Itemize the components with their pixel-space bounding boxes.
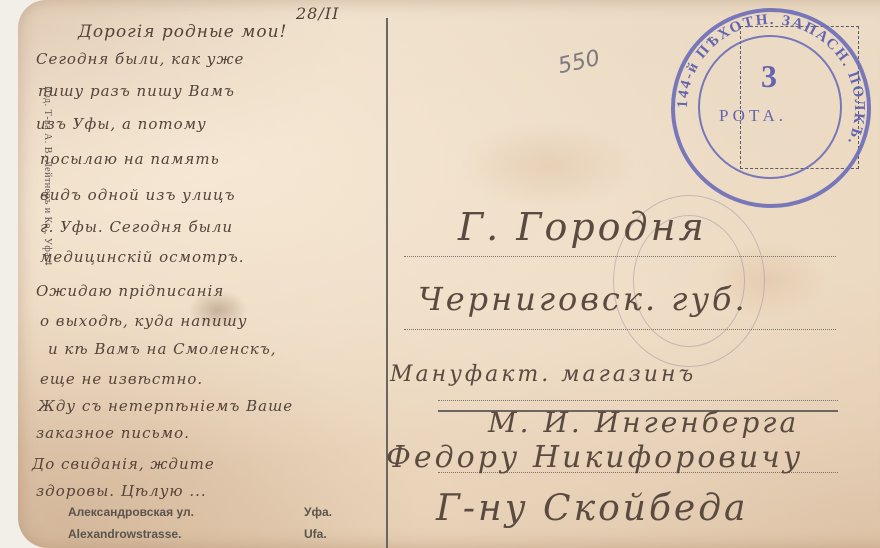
message-line: посылаю на память [40, 150, 220, 168]
message-line: видъ одной изъ улицъ [40, 186, 236, 204]
address-recipient-surname: Г-ну Скойбеда [436, 488, 749, 529]
message-line: изъ Уфы, а потому [36, 115, 207, 133]
message-line: о выходѣ, куда напишу [40, 312, 247, 330]
caption-russian: Александровская ул. [68, 505, 194, 519]
message-line: и кѣ Вамъ на Смоленскъ, [48, 340, 277, 358]
stamp-company-number: 3 [761, 58, 777, 95]
date-note: 28/II [296, 4, 339, 23]
address-line-guide [404, 256, 836, 257]
paper-stain [458, 120, 638, 210]
address-town: Г. Городня [458, 205, 707, 249]
message-line: заказное письмо. [36, 424, 190, 442]
city-german: Ufa. [304, 527, 327, 541]
message-line: До свиданія, ждите [32, 455, 215, 473]
message-line: медицинскій осмотръ. [40, 248, 245, 266]
publisher-imprint: Изд. Т-ва А. В. Лейтнеръ и Ко., Уфа 4 [42, 86, 53, 266]
caption-german: Alexandrowstrasse. [68, 527, 181, 541]
message-line: еще не извѣстно. [40, 370, 203, 388]
message-line: пишу разъ пишу Вамъ [38, 82, 235, 100]
message-line: Дорогія родные мои! [78, 22, 287, 42]
message-line: Ожидаю прідписанія [36, 282, 224, 300]
message-line: Жду съ нетерпѣніемъ Ваше [38, 397, 293, 415]
regiment-stamp: 144-й ПѢХОТН. ЗАПАСН. ПОЛКЪ. 3 РОТА. [671, 8, 871, 208]
message-line: Сегодня были, как уже [36, 50, 244, 68]
message-line: здоровы. Цѣлую ... [36, 482, 207, 500]
address-shop: Мануфакт. магазинъ [390, 362, 696, 387]
city-russian: Уфа. [304, 505, 332, 519]
address-line-guide [404, 329, 836, 330]
address-line-guide [438, 400, 838, 401]
stamp-company-word: РОТА. [719, 106, 787, 126]
message-line: г. Уфы. Сегодня были [40, 218, 233, 236]
address-recipient-name: Федору Никифоровичу [386, 440, 803, 475]
address-firm: М. И. Ингенберга [488, 406, 799, 439]
pencil-note: 550 [556, 46, 602, 79]
address-province: Черниговск. губ. [418, 280, 748, 318]
